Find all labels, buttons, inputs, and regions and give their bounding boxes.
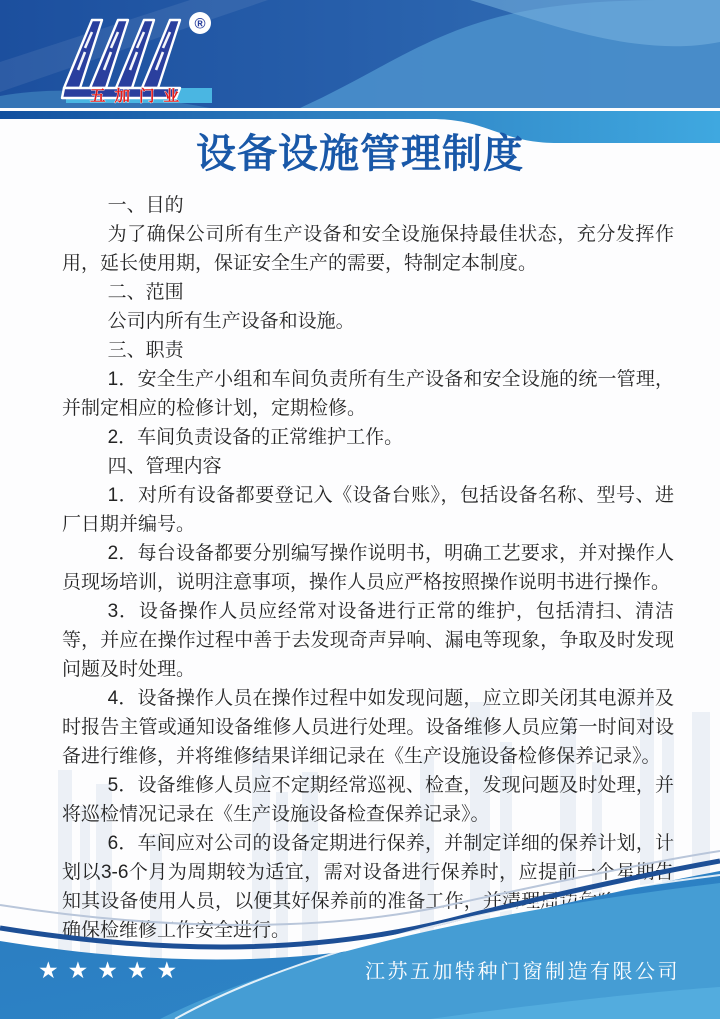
section-heading: 四、管理内容 xyxy=(62,452,674,481)
poster-page: ® 五加门业 设备设施管理制度 xyxy=(0,0,720,1019)
section-heading: 三、职责 xyxy=(62,336,674,365)
paragraph: 1．对所有设备都要登记入《设备台账》，包括设备名称、型号、进厂日期并编号。 xyxy=(62,481,674,539)
paragraph: 1．安全生产小组和车间负责所有生产设备和安全设施的统一管理，并制定相应的检修计划… xyxy=(62,365,674,423)
document-text: 一、目的 为了确保公司所有生产设备和安全设施保持最佳状态，充分发挥作用，延长使用… xyxy=(0,191,720,945)
brand-logo: ® 五加门业 xyxy=(54,8,220,110)
registered-mark: ® xyxy=(194,16,205,33)
paragraph: 为了确保公司所有生产设备和安全设施保持最佳状态，充分发挥作用，延长使用期，保证安… xyxy=(62,220,674,278)
paragraph: 4．设备操作人员在操作过程中如发现问题，应立即关闭其电源并及时报告主管或通知设备… xyxy=(62,684,674,771)
document-body: 设备设施管理制度 一、目的 为了确保公司所有生产设备和安全设施保持最佳状态，充分… xyxy=(0,130,720,945)
paragraph: 3．设备操作人员应经常对设备进行正常的维护，包括清扫、清洁等，并应在操作过程中善… xyxy=(62,597,674,684)
section-heading: 二、范围 xyxy=(62,278,674,307)
section-heading: 一、目的 xyxy=(62,191,674,220)
paragraph: 2．每台设备都要分别编写操作说明书，明确工艺要求，并对操作人员现场培训，说明注意… xyxy=(62,539,674,597)
page-title: 设备设施管理制度 xyxy=(0,130,720,178)
logo-wordmark: 五加门业 xyxy=(90,86,188,105)
section-purpose: 一、目的 为了确保公司所有生产设备和安全设施保持最佳状态，充分发挥作用，延长使用… xyxy=(62,191,674,278)
paragraph: 5．设备维修人员应不定期经常巡视、检查，发现问题及时处理，并将巡检情况记录在《生… xyxy=(62,771,674,829)
rating-stars: ★★★★★ xyxy=(38,957,186,984)
section-duties: 三、职责 1．安全生产小组和车间负责所有生产设备和安全设施的统一管理，并制定相应… xyxy=(62,336,674,452)
paragraph: 2．车间负责设备的正常维护工作。 xyxy=(62,423,674,452)
paragraph: 公司内所有生产设备和设施。 xyxy=(62,307,674,336)
section-scope: 二、范围 公司内所有生产设备和设施。 xyxy=(62,278,674,336)
footer-company-name: 江苏五加特种门窗制造有限公司 xyxy=(365,955,680,984)
footer-wave xyxy=(0,849,720,1019)
header-banner: ® 五加门业 xyxy=(0,0,720,108)
logo-mark-icon xyxy=(62,20,180,98)
